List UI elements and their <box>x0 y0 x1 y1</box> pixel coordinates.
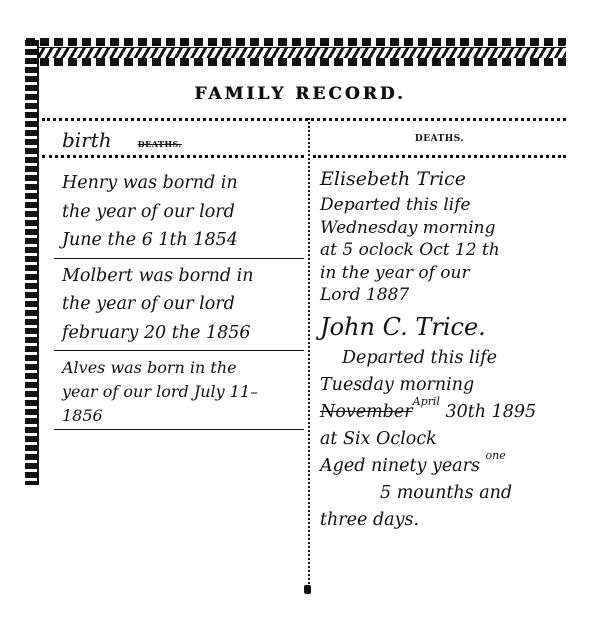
column-divider-end <box>304 585 311 594</box>
family-record-page: FAMILY RECORD. birth DEATHS. DEATHS. Hen… <box>0 0 600 625</box>
entry-line: Lord 1887 <box>320 284 595 307</box>
births-handwritten-label: birth <box>62 128 112 152</box>
entry-line: february 20 the 1856 <box>62 320 302 349</box>
entry-line: Henry was bornd in <box>62 170 302 199</box>
entry-date-line: NovemberApril 30th 1895 <box>320 399 595 426</box>
entry-line: Departed this life <box>320 194 595 217</box>
death-entry-john: John C. Trice. Departed this life Tuesda… <box>320 307 595 534</box>
entry-line: Alves was born in the <box>62 355 302 379</box>
header-rule-top <box>42 118 566 121</box>
age-inserted-word: one <box>486 449 506 462</box>
birth-entry-molbert: Molbert was bornd in the year of our lor… <box>62 263 302 349</box>
entry-date-rest: 30th 1895 <box>445 402 536 422</box>
entry-line: at 5 oclock Oct 12 th <box>320 239 595 262</box>
header-rule-left <box>42 155 304 158</box>
decorative-top-border <box>26 38 566 66</box>
entry-line: Tuesday morning <box>320 372 595 399</box>
struck-month: November <box>320 402 413 422</box>
entry-line: 5 mounths and <box>320 480 595 507</box>
page-title: FAMILY RECORD. <box>0 84 600 104</box>
entry-line: in the year of our <box>320 262 595 285</box>
entry-line: 1856 <box>62 403 302 427</box>
entry-name: John C. Trice. <box>320 307 595 345</box>
entry-separator <box>54 429 304 430</box>
header-rule-right <box>313 155 566 158</box>
entry-line: the year of our lord <box>62 199 302 228</box>
struck-deaths-label: DEATHS. <box>138 139 182 149</box>
border-scallop-top <box>26 38 566 46</box>
entry-line: Molbert was bornd in <box>62 263 302 292</box>
births-column: Henry was bornd in the year of our lord … <box>62 170 302 434</box>
entry-line: the year of our lord <box>62 291 302 320</box>
entry-line: Wednesday morning <box>320 217 595 240</box>
birth-entry-alves: Alves was born in the year of our lord J… <box>62 355 302 427</box>
entry-line: June the 6 1th 1854 <box>62 227 302 256</box>
entry-line: year of our lord July 11– <box>62 379 302 403</box>
entry-name: Elisebeth Trice <box>320 168 595 194</box>
birth-entry-henry: Henry was bornd in the year of our lord … <box>62 170 302 256</box>
deaths-column-header: DEATHS. <box>313 134 566 144</box>
entry-age-line: Aged ninety years one <box>320 453 595 480</box>
age-text: Aged ninety years <box>320 456 480 476</box>
border-scallop-bottom <box>26 58 566 66</box>
decorative-left-border <box>25 40 39 485</box>
entry-separator <box>54 350 304 351</box>
entry-line: three days. <box>320 507 595 534</box>
column-divider <box>308 118 310 592</box>
entry-line: Departed this life <box>320 345 595 372</box>
entry-line: at Six Oclock <box>320 426 595 453</box>
births-column-header: birth DEATHS. <box>62 128 182 152</box>
entry-separator <box>54 258 304 259</box>
deaths-column: Elisebeth Trice Departed this life Wedne… <box>320 168 595 534</box>
death-entry-elisebeth: Elisebeth Trice Departed this life Wedne… <box>320 168 595 307</box>
inserted-month: April <box>413 395 440 408</box>
